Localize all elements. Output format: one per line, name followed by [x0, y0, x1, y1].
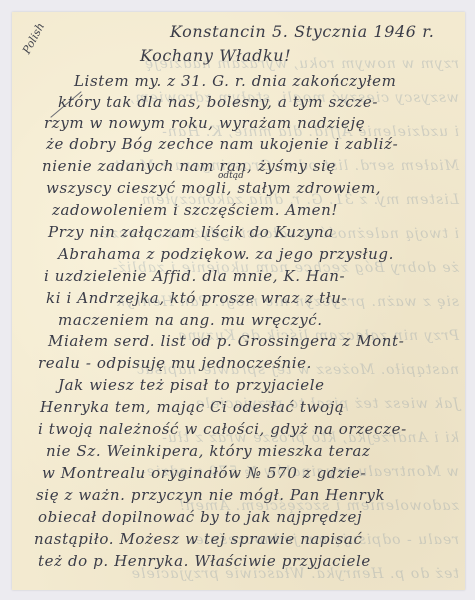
letter-line: i uzdzielenie Affid. dla mnie, K. Han-	[44, 267, 345, 285]
letter-line: Listem my. z 31. G. r. dnia zakończyłem	[74, 72, 396, 90]
letter-line: nastąpiło. Możesz w tej sprawie napisać	[34, 530, 362, 548]
letter-line: i twoją należność w całości, gdyż na orz…	[38, 420, 407, 438]
letter-line: wszyscy cieszyć mogli, stałym zdrowiem,	[46, 179, 381, 197]
letter-salutation: Kochany Władku!	[140, 46, 291, 65]
letter-line: Przy nin załączam liścik do Kuzyna	[48, 223, 334, 241]
letter-line: też do p. Henryka. Właściwie przyjaciele	[38, 552, 371, 570]
letter-line: w Montrealu oryginałów № 570 z gdzie-	[42, 464, 366, 482]
letter-page: rzym w nowym roku, wyrażam nadzieję wszy…	[12, 12, 465, 590]
letter-line: Miałem serd. list od p. Grossingera z Mo…	[48, 332, 404, 350]
letter-line: nie Sz. Weinkipera, który mieszka teraz	[46, 442, 371, 460]
letter-line: który tak dla nas, bolesny, a tym szcze-	[58, 93, 378, 111]
letter-line: rzym w nowym roku, wyrażam nadzieję	[44, 114, 365, 132]
letter-line: że dobry Bóg zechce nam ukojenie i zabli…	[46, 135, 398, 153]
letter-line: Abrahama z podziękow. za jego przysług.	[58, 245, 394, 263]
letter-line: maczeniem na ang. mu wręczyć.	[58, 311, 323, 329]
letter-line: nienie zadanych nam ran, żyśmy się	[42, 157, 336, 175]
letter-line: Henryka tem, mając Ci odesłać twoją	[40, 398, 344, 416]
letter-line: obiecał dopilnować by to jak najprędzej	[38, 508, 362, 526]
letter-line: zadowoleniem i szczęściem. Amen!	[52, 201, 338, 219]
letter-line: ki i Andrzejka, któ prosze wraz z tłu-	[46, 289, 347, 307]
letter-header: Konstancin 5. Stycznia 1946 r.	[170, 22, 434, 41]
letter-line: Jak wiesz też pisał to przyjaciele	[58, 376, 325, 394]
letter-line: realu - odpisuję mu jednocześnie.	[38, 354, 312, 372]
letter-line: się z ważn. przyczyn nie mógł. Pan Henry…	[36, 486, 385, 504]
